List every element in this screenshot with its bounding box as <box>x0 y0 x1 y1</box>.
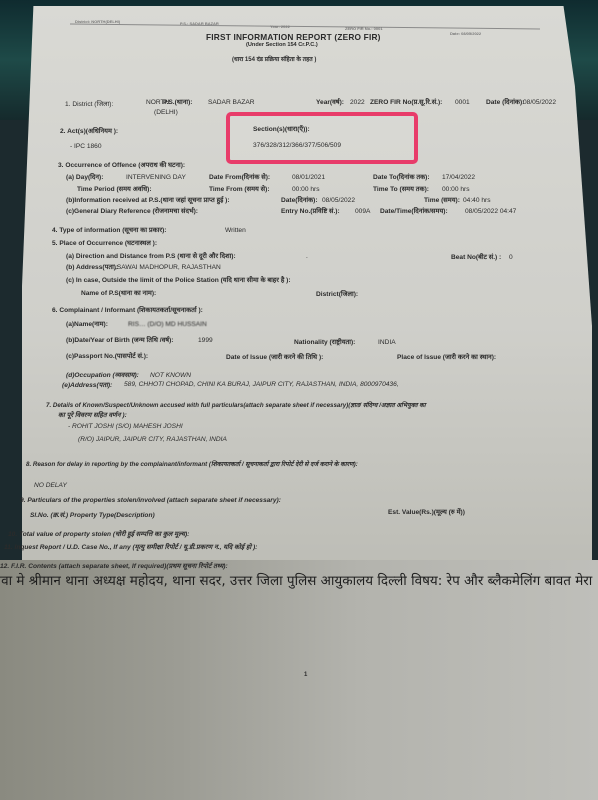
delay-reason-label: 8. Reason for delay in reporting by the … <box>26 462 358 468</box>
gd-datetime-value: 08/05/2022 04:47 <box>465 209 516 216</box>
occupation-value: NOT KNOWN <box>150 373 191 380</box>
complainant-name-value: RIS… (D/O) MD HUSSAIN <box>128 322 207 329</box>
nationality-label: Nationality (राष्ट्रीयता): <box>294 340 355 347</box>
inquest-label: 11. Inquest Report / U.D. Case No., If a… <box>4 545 257 552</box>
complainant-address-label: (e)Address(पता): <box>62 383 112 390</box>
info-date-label: Date(दिनांक): <box>281 198 318 205</box>
time-from-value: 00:00 hrs <box>292 187 320 194</box>
beat-value: 0 <box>509 255 513 262</box>
time-to-value: 00:00 hrs <box>442 187 470 194</box>
header-year: Year: 2022 <box>270 25 290 29</box>
delay-reason-value: NO DELAY <box>34 483 67 490</box>
date-from-label: Date From(दिनांक से): <box>209 175 270 182</box>
entry-no-value: 009A <box>355 209 370 216</box>
address-label: (b) Address(पता): <box>66 265 118 272</box>
general-diary-label: (c)General Diary Reference (रोजनामचा संद… <box>66 209 198 216</box>
ps-value: SADAR BAZAR <box>208 100 255 107</box>
date-label: Date (दिनांक): <box>486 100 524 107</box>
occupation-label: (d)Occupation (व्यवसाय): <box>66 373 139 380</box>
passport-label: (c)Passport No.(पासपोर्ट सं.): <box>66 354 148 361</box>
properties-col-value: Est. Value(Rs.)(मूल्य (रु में)) <box>388 510 465 517</box>
time-from-label: Time From (समय से): <box>209 187 270 194</box>
date-to-label: Date To(दिनांक तक): <box>373 175 430 182</box>
act-value: - IPC 1860 <box>70 144 102 151</box>
complainant-address-value: 589, CHHOTI CHOPAD, CHINI KA BURAJ, JAIP… <box>124 382 399 389</box>
info-time-label: Time (समय): <box>424 198 460 205</box>
direction-label: (a) Direction and Distance from P.S (थान… <box>66 254 236 261</box>
year-value: 2022 <box>350 100 365 107</box>
district-label: 1. District (जिला): <box>65 102 113 109</box>
complainant-name-label: (a)Name(नाम): <box>66 322 108 329</box>
acts-label: 2. Act(s)(अधिनियम ): <box>60 129 118 136</box>
properties-label: 9. Particulars of the properties stolen/… <box>20 498 281 505</box>
info-time-value: 04:40 hrs <box>463 198 491 205</box>
issue-date-label: Date of Issue (जारी करने की तिथि ): <box>226 355 323 362</box>
sections-value: 376/328/312/366/377/506/509 <box>253 143 341 150</box>
page-number: 1 <box>304 672 307 678</box>
occurrence-heading: 3. Occurrence of Offence (अपराध की घटना)… <box>58 163 185 170</box>
address-value: ,SAWAI MADHOPUR, RAJASTHAN <box>115 265 221 272</box>
info-type-label: 4. Type of information (सूचना का प्रकार)… <box>52 228 166 235</box>
zero-fir-label: ZERO FIR No(प्र.सू.रि.सं.): <box>370 100 442 107</box>
info-received-label: (b)Information received at P.S.(थाना जहा… <box>66 198 230 205</box>
nationality-value: INDIA <box>378 340 396 347</box>
gd-datetime-label: Date/Time(दिनांक/समय): <box>380 209 448 216</box>
document-subtitle-hindi: (धारा 154 दंड प्रक्रिया संहिता के तहत ) <box>232 57 316 63</box>
outside-district-label: District(जिला): <box>316 292 358 299</box>
fir-contents-label: 12. F.I.R. Contents (attach separate she… <box>0 564 228 571</box>
year-label: Year(वर्ष): <box>316 100 344 107</box>
accused-address: (R/O) JAIPUR, JAIPUR CITY, RAJASTHAN, IN… <box>78 437 227 444</box>
document-subtitle: (Under Section 154 Cr.P.C.) <box>246 43 318 49</box>
date-value: 08/05/2022 <box>523 100 556 107</box>
header-district: District: NORTH(DELHI) <box>75 20 120 24</box>
total-value-label: 10. Total value of property stolen (चोरी… <box>8 532 189 539</box>
issue-place-label: Place of Issue (जारी करने का स्थान): <box>397 355 496 362</box>
header-fir: ZERO FIR No.: 0001 <box>345 27 383 31</box>
header-date: Date: 08/05/2022 <box>450 32 481 36</box>
district-value-2: (DELHI) <box>154 110 178 117</box>
dob-label: (b)Date/Year of Birth (जन्म तिथि /वर्ष): <box>66 338 173 345</box>
paper-shadow <box>0 560 598 800</box>
day-label: (a) Day(दिन): <box>66 175 103 182</box>
date-from-value: 08/01/2021 <box>292 175 325 182</box>
info-type-value: Written <box>225 228 246 235</box>
properties-col-slno: Sl.No. (क्र.सं.) Property Type(Descripti… <box>30 513 155 520</box>
ps-name-label: Name of P.S(थाना का नाम): <box>81 291 156 298</box>
date-to-value: 17/04/2022 <box>442 175 475 182</box>
place-heading: 5. Place of Occurrence (घटनास्थल ): <box>52 241 157 248</box>
dob-value: 1999 <box>198 338 213 345</box>
complainant-heading: 6. Complainant / Informant (शिकायतकर्ता/… <box>52 308 203 315</box>
outside-limit-label: (c) In case, Outside the limit of the Po… <box>66 278 291 285</box>
sections-label: Section(s)(धारा(एँ)): <box>253 127 310 134</box>
info-date-value: 08/05/2022 <box>322 198 355 205</box>
time-period-label: Time Period (समय अवधि): <box>77 187 152 194</box>
ps-label: P.S.(थाना): <box>163 100 193 107</box>
sections-highlight-box <box>226 112 418 164</box>
time-to-label: Time To (समय तक): <box>373 187 429 194</box>
header-ps: P.S.: SADAR BAZAR <box>180 22 219 26</box>
document-title: FIRST INFORMATION REPORT (ZERO FIR) <box>206 33 381 41</box>
fir-contents-text: सेवा मे श्रीमान थाना अध्यक्ष महोदय, थाना… <box>0 575 592 589</box>
direction-value: . <box>306 254 308 261</box>
accused-heading-2: का पूरे विवरण सहित वर्णन ): <box>58 413 127 420</box>
accused-name: - ROHIT JOSHI (S/O) MAHESH JOSHI <box>68 424 183 431</box>
day-value: INTERVENING DAY <box>126 175 186 182</box>
zero-fir-value: 0001 <box>455 100 470 107</box>
beat-label: Beat No(बीट सं.) : <box>451 255 501 262</box>
accused-heading: 7. Details of Known/Suspect/Unknown accu… <box>46 403 426 409</box>
entry-no-label: Entry No.(प्रविष्टि सं.): <box>281 209 340 216</box>
